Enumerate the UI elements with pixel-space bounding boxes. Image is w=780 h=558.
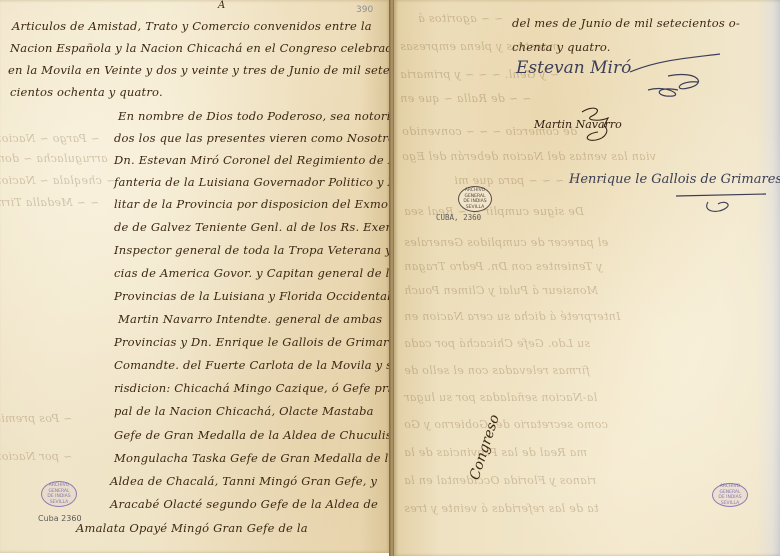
signature-flourish-icon xyxy=(674,188,774,218)
bleed-through-text: firmas relevadas con el sello de xyxy=(404,364,590,377)
text-line: risdicion: Chicachá Mingo Cazique, ó Gef… xyxy=(114,381,391,395)
text-line: Amalata Opayé Mingó Gran Gefe de la xyxy=(76,521,308,535)
bleed-through-text: ~ Pargo ~ Nacion xyxy=(0,132,100,145)
text-line: Gefe de Gran Medalla de la Aldea de Chuc… xyxy=(114,428,391,442)
bleed-through-text: y Tenientes con Dn. Pedro Tragan xyxy=(404,260,603,273)
document-spread: ~ Pargo ~ Nacion arrugulacha ~ dom ~ che… xyxy=(0,0,780,558)
bleed-through-text: ~ ~ agoritos á xyxy=(418,12,503,25)
archive-stamp: ARCHIVO GENERAL DE INDIAS SEVILLA xyxy=(41,481,77,507)
right-page: ~ ~ agoritos á maestros y plena empresas… xyxy=(394,0,780,556)
text-line: Dn. Estevan Miró Coronel del Regimiento … xyxy=(114,153,391,167)
text-line: en la Movila en Veinte y dos y veinte y … xyxy=(8,63,391,77)
text-line: chenta y quatro. xyxy=(512,40,611,54)
text-line: pal de la Nacion Chicachá, Olacte Mastab… xyxy=(114,404,374,418)
text-line: Inspector general de toda la Tropa Veter… xyxy=(114,243,391,257)
archive-reference: Cuba 2360 xyxy=(38,514,82,523)
text-line: Provincias de la Luisiana y Florida Occi… xyxy=(114,289,391,303)
stamp-text: SEVILLA xyxy=(466,205,484,211)
bleed-through-text: su Ldo. Gefe Chicachá por cada xyxy=(404,337,590,350)
archive-stamp: ARCHIVO GENERAL DE INDIAS SEVILLA xyxy=(712,483,748,507)
text-line: Martin Navarro Intendte. general de amba… xyxy=(118,312,382,326)
text-line: Aracabé Olacté segundo Gefe de la Aldea … xyxy=(110,497,378,511)
bleed-through-text: ~ cheqlala ~ Nacion xyxy=(0,174,115,187)
bleed-through-text: ~ ~ Medalla Tirm xyxy=(0,196,99,209)
text-line: Articulos de Amistad, Trato y Comercio c… xyxy=(12,19,372,33)
bleed-through-text: el parecer de cumplidos Generales xyxy=(404,236,608,249)
stamp-text: ARCHIVO GENERAL xyxy=(42,483,76,494)
signature-estevan-miro: Estevan Miró xyxy=(516,58,631,78)
text-line: Comandte. del Fuerte Carlota de la Movil… xyxy=(114,358,391,372)
bleed-through-text: Monsieur á Pulai y Climen Pouch xyxy=(404,284,598,297)
bleed-through-text: la-Nacion señaladas por su lugar xyxy=(404,391,597,404)
text-line: Provincias y Dn. Enrique le Gallois de G… xyxy=(114,335,391,349)
signature-grimarest: Henrique le Gallois de Grimarest xyxy=(569,172,780,187)
text-line: Aldea de Chacalá, Tanni Mingó Gran Gefe,… xyxy=(110,474,377,488)
signature-flourish-icon xyxy=(628,50,723,100)
text-line: Nacion Española y la Nacion Chicachá en … xyxy=(10,41,391,55)
bleed-through-text: ma Real de las Provincias de la xyxy=(404,446,587,459)
bleed-through-text: como secretario del Gobierno y Go xyxy=(404,418,608,431)
text-line: de de Galvez Teniente Genl. al de los Rs… xyxy=(114,220,391,234)
text-line: fanteria de la Luisiana Governador Polit… xyxy=(114,175,391,189)
bleed-through-text: rianos y Florida Occidental en la xyxy=(404,474,596,487)
folio-number: 390 xyxy=(356,5,373,15)
left-page: ~ Pargo ~ Nacion arrugulacha ~ dom ~ che… xyxy=(0,0,391,553)
archive-reference: CUBA, 2360 xyxy=(436,213,481,222)
text-line: del mes de Junio de mil setecientos o- xyxy=(512,16,740,30)
archive-stamp-black: ARCHIVO GENERAL DE INDIAS SEVILLA xyxy=(458,186,492,212)
signature-flourish-icon xyxy=(574,104,634,154)
stamp-text: SEVILLA xyxy=(721,501,739,507)
stamp-text: ARCHIVO GENERAL xyxy=(459,188,491,199)
heading-mark: A xyxy=(218,0,225,11)
bleed-through-text: De sigue cumplir ~ ~ Real sea xyxy=(404,205,584,218)
text-line: dos los que las presentes vieren como No… xyxy=(114,131,391,145)
bleed-through-text: ~ por Nacion xyxy=(0,450,72,463)
stamp-text: ARCHIVO GENERAL xyxy=(713,484,747,495)
bleed-through-text: ~ Pos premio xyxy=(0,412,72,425)
text-line: cias de America Govor. y Capitan general… xyxy=(114,266,391,280)
bleed-through-text: Interpreté á dicha su cera Nacion en xyxy=(404,310,620,323)
text-line: Mongulacha Taska Gefe de Gran Medalla de… xyxy=(114,451,391,465)
text-line: En nombre de Dios todo Poderoso, sea not… xyxy=(118,109,391,123)
bleed-through-text: arrugulacha ~ dom xyxy=(0,152,108,165)
stamp-text: SEVILLA xyxy=(50,500,68,506)
text-line: litar de la Provincia por disposicion de… xyxy=(114,197,391,211)
text-line: cientos ochenta y quatro. xyxy=(10,85,163,99)
bleed-through-text: ta de las referidas á veinte y tres xyxy=(404,502,598,515)
bleed-through-text: ~ ~ de Ralla ~ que en xyxy=(400,92,531,105)
